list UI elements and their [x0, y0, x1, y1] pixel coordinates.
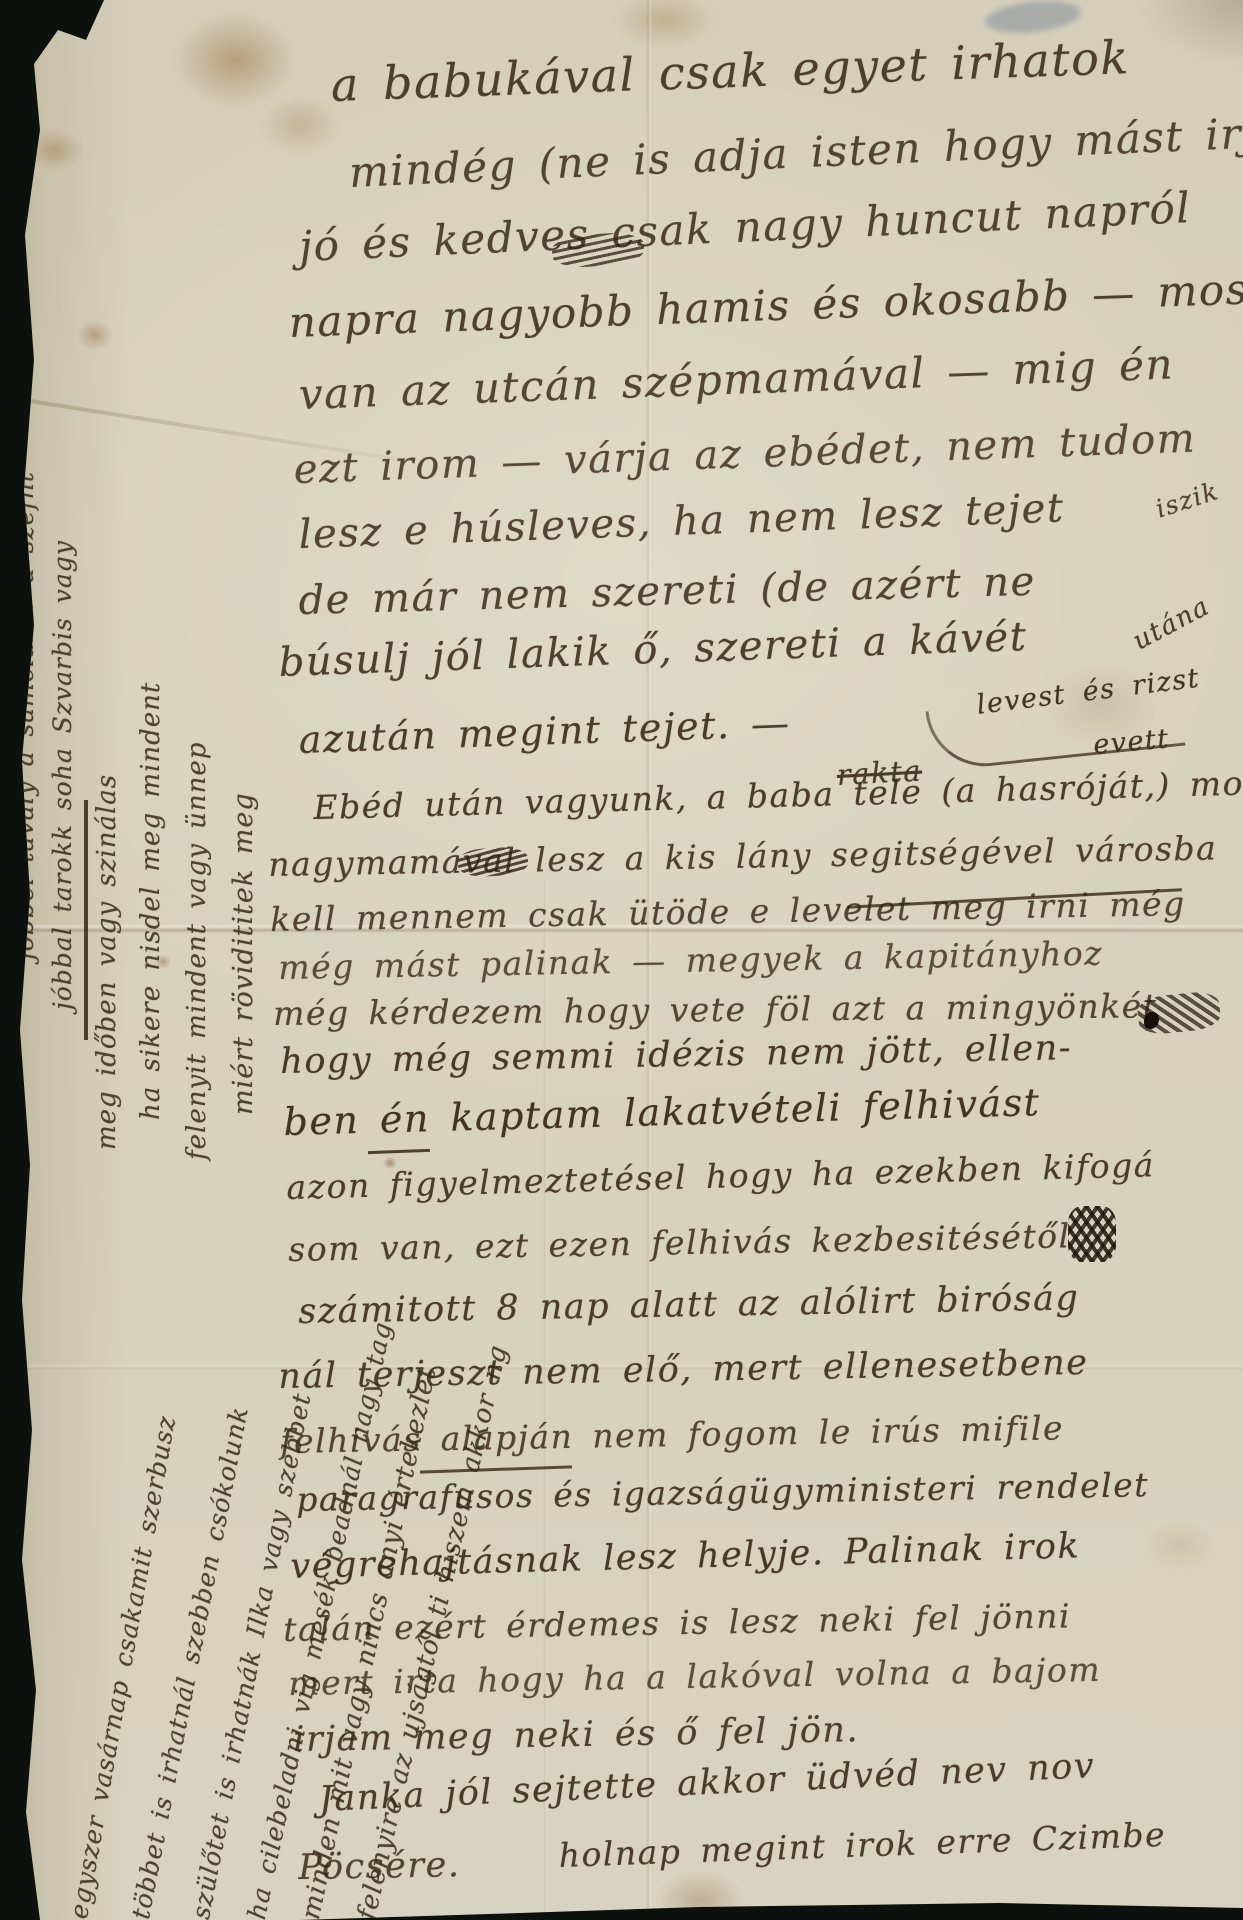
letter-line: hogy még semmi idézis nem jött, ellen- [280, 1028, 1072, 1082]
margin-note-line: jóbbel tavaly a samciákor a szefnt [10, 471, 39, 960]
letter-line: mindég (ne is adja isten hogy mást irjál… [348, 105, 1243, 197]
underline-stroke [420, 1465, 572, 1473]
letter-line: de már nem szereti (de azért ne [298, 559, 1036, 624]
letter-line: nál terjeszt nem elő, mert ellenesetbene [278, 1343, 1089, 1397]
letter-line: irjam meg neki és ő fel jön. [293, 1710, 859, 1760]
letter-line: ben én kaptam lakatvételi felhivást [283, 1080, 1041, 1144]
letter-line: még mást palinak — megyek a kapitányhoz [278, 934, 1103, 987]
letter-line: napra nagyobb hamis és okosabb — most [288, 264, 1243, 347]
superscript-word: iszik [1152, 476, 1222, 524]
letter-line: azután megint tejet. — [298, 701, 791, 762]
letter-line: még kérdezem hogy vete föl azt a mingyön… [273, 986, 1158, 1033]
letter-line: van az utcán szépmamával — mig én [298, 339, 1175, 419]
vertical-fold-crease-faint [543, 880, 548, 1920]
struck-out-word: rakta [836, 754, 923, 792]
letter-line: ezt irom — várja az ebédet, nem tudom [293, 415, 1197, 492]
letter-line: a babukával csak egyet irhatok [330, 30, 1131, 112]
letter-line: végrehajtásnak lesz helyje. Palinak irok [290, 1526, 1081, 1587]
scribble-strikeout [1068, 1206, 1116, 1262]
letter-line: nagymamával lesz a kis lány segitségével… [268, 828, 1218, 884]
letter-line: Ebéd után vagyunk, a baba tele (a hasrój… [313, 763, 1243, 827]
letter-line: azon figyelmeztetésel hogy ha ezekben ki… [286, 1145, 1155, 1207]
letter-line: som van, ezt ezen felhivás kezbesitésétő… [288, 1216, 1071, 1269]
letter-line: jó és kedves csak nagy huncut napról [298, 183, 1192, 271]
margin-note-line: jóbbal tarokk soha Szvarbis vagy [48, 540, 77, 1010]
margin-note-line: ha sikere nisdel meg mindent [136, 682, 166, 1120]
insertion-text: evett [1092, 723, 1171, 761]
margin-note-line: meg időben vagy szinálas [92, 774, 122, 1150]
underline-stroke [368, 1149, 430, 1154]
underline-stroke-margin [84, 800, 88, 1040]
margin-note-line: felenyit mindent vagy ünnep [182, 742, 212, 1160]
superscript-word: utána [1128, 591, 1215, 656]
margin-note-line: miért rövidititek meg [228, 792, 259, 1115]
letter-line: búsulj jól lakik ő, szereti a kávét [278, 614, 1028, 686]
letter-line: lesz e húsleves, ha nem lesz tejet [298, 485, 1065, 558]
letter-page: a babukával csak egyet irhatok mindég (n… [0, 0, 1243, 1920]
letter-line: talán ezért érdemes is lesz neki fel jön… [283, 1596, 1071, 1649]
letter-line: számitott 8 nap alatt az alólirt biróság [298, 1278, 1080, 1332]
